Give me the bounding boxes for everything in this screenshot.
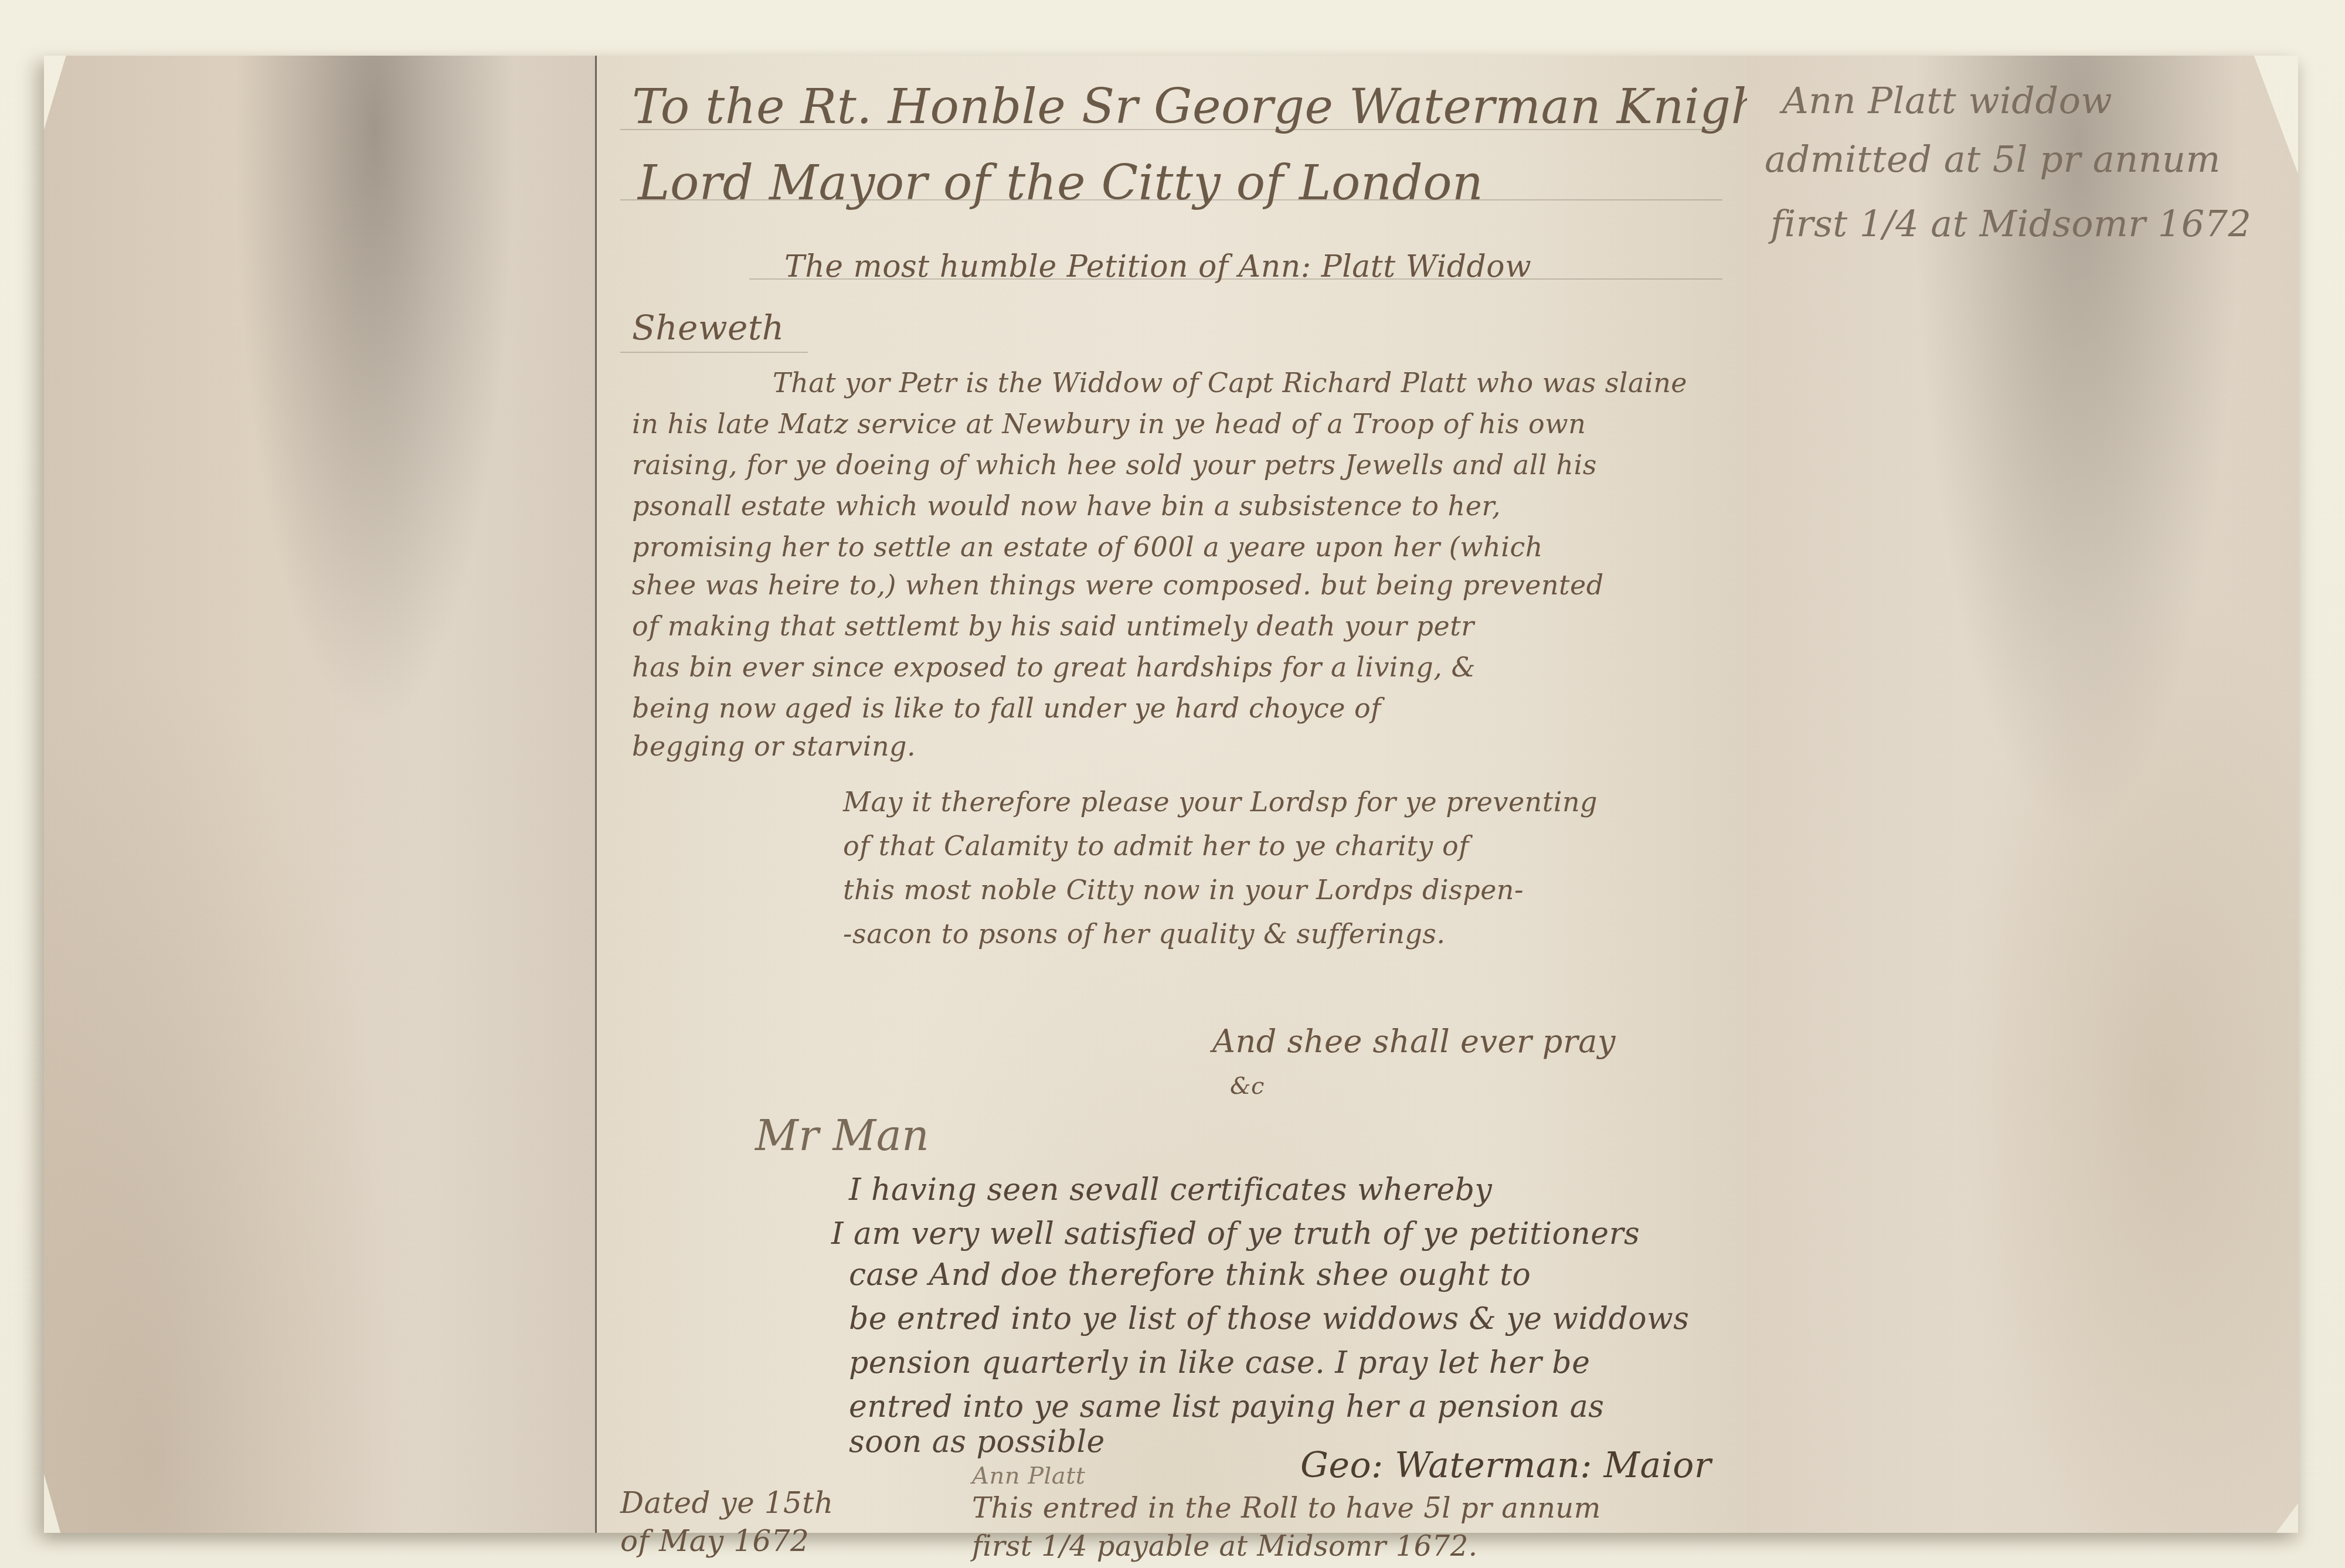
order-line: case And doe therefore think shee ought … [849, 1257, 1531, 1293]
order-salutation: Mr Man [755, 1111, 929, 1160]
address-line-1: To the Rt. Honble Sr George Waterman Kni… [632, 79, 1782, 135]
entry-note-line-1: This entred in the Roll to have 5l pr an… [972, 1492, 1601, 1525]
mayor-signature: Geo: Waterman: Maior [1300, 1445, 1711, 1486]
body-line: begging or starving. [632, 727, 916, 766]
closing-line-2: &c [1230, 1073, 1265, 1100]
ruled-line [620, 352, 808, 353]
body-line: psonall estate which would now have bin … [632, 487, 1501, 525]
endorsement-line: first 1/4 at Midsomr 1672 [1770, 202, 2252, 245]
body-line: of making that settlemt by his said unti… [632, 607, 1474, 645]
body-line: being now aged is like to fall under ye … [632, 689, 1381, 727]
petition-heading: The most humble Petition of Ann: Platt W… [784, 249, 1531, 284]
sheweth-heading: Sheweth [632, 308, 784, 348]
left-flap-panel [44, 56, 595, 1533]
address-line-2: Lord Mayor of the Citty of London [638, 155, 1483, 211]
body-line: shee was heire to,) when things were com… [632, 566, 1604, 604]
closing-line-1: And shee shall ever pray [1212, 1023, 1616, 1060]
dated-line-2: of May 1672 [620, 1524, 809, 1558]
body-line: promising her to settle an estate of 600… [632, 528, 1543, 566]
prayer-line: this most noble Citty now in your Lordps… [843, 870, 1524, 909]
entry-note-name: Ann Platt [972, 1462, 1085, 1489]
body-line: That yor Petr is the Widdow of Capt Rich… [773, 363, 1687, 402]
order-line: entred into ye same list paying her a pe… [849, 1389, 1604, 1424]
order-line: I am very well satisfied of ye truth of … [831, 1216, 1640, 1251]
prayer-line: -sacon to psons of her quality & sufferi… [843, 914, 1446, 953]
mount-background: To the Rt. Honble Sr George Waterman Kni… [0, 0, 2345, 1568]
right-flap-panel: Ann Platt widdow admitted at 5l pr annum… [1747, 56, 2298, 1533]
dated-line-1: Dated ye 15th [620, 1486, 834, 1520]
manuscript-sheet: To the Rt. Honble Sr George Waterman Kni… [44, 56, 2298, 1533]
endorsement-line: Ann Platt widdow [1782, 79, 2112, 122]
body-line: raising, for ye doeing of which hee sold… [632, 445, 1597, 484]
body-line: has bin ever since exposed to great hard… [632, 648, 1476, 686]
prayer-line: of that Calamity to admit her to ye char… [843, 826, 1469, 865]
body-line: in his late Matz service at Newbury in y… [632, 404, 1586, 443]
order-line: be entred into ye list of those widdows … [849, 1301, 1689, 1336]
endorsement-line: admitted at 5l pr annum [1765, 138, 2221, 181]
entry-note-line-2: first 1/4 payable at Midsomr 1672. [972, 1530, 1478, 1563]
order-line: soon as possible [849, 1424, 1105, 1460]
prayer-line: May it therefore please your Lordsp for … [843, 783, 1598, 821]
center-text-panel: To the Rt. Honble Sr George Waterman Kni… [595, 56, 1751, 1533]
order-line: pension quarterly in like case. I pray l… [849, 1345, 1590, 1380]
order-line: I having seen sevall certificates whereb… [849, 1172, 1493, 1208]
